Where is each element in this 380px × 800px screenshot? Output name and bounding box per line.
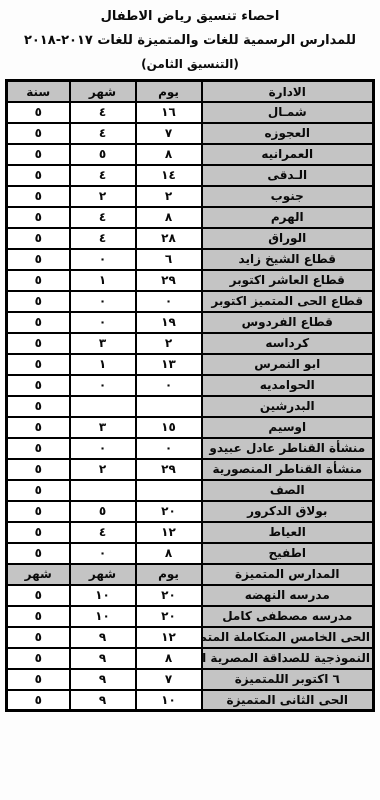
month-cell: ١٠ (70, 606, 136, 627)
admin-cell: مدرسه مصطفى كامل (202, 606, 374, 627)
day-cell: ١٢ (136, 522, 202, 543)
day-cell: ١٩ (136, 312, 202, 333)
admin-cell: الحى الثانى المتميزة (202, 690, 374, 711)
year-cell: ٥ (7, 648, 70, 669)
admin-cell: العياط (202, 522, 374, 543)
year-cell: ٥ (7, 270, 70, 291)
admin-cell: الهرم (202, 207, 374, 228)
table-row: الوراق٢٨٤٥ (7, 228, 374, 249)
month-cell: ١ (70, 354, 136, 375)
day-cell: ٠ (136, 438, 202, 459)
table-row: العجوزه٧٤٥ (7, 123, 374, 144)
admin-cell: الصف (202, 480, 374, 501)
month-cell: ٠ (70, 438, 136, 459)
year-cell: ٥ (7, 123, 70, 144)
day-cell: ٨ (136, 207, 202, 228)
day-cell: ١٢ (136, 627, 202, 648)
month-cell: ٩ (70, 648, 136, 669)
day-cell: ١٣ (136, 354, 202, 375)
table-row: الحى الثانى المتميزة١٠٩٥ (7, 690, 374, 711)
admin-cell: قطاع العاشر اكتوبر (202, 270, 374, 291)
day-cell (136, 396, 202, 417)
table-row: العمرانيه٨٥٥ (7, 144, 374, 165)
admin-cell: قطاع الفردوس (202, 312, 374, 333)
year-cell: ٥ (7, 606, 70, 627)
day-cell: ٠ (136, 375, 202, 396)
admin-cell: قطاع الحى المتميز اكتوبر (202, 291, 374, 312)
day-cell: ٠ (136, 291, 202, 312)
admin-cell: جنوب (202, 186, 374, 207)
table-row: اطفيح٨٠٥ (7, 543, 374, 564)
month-cell: ٠ (70, 249, 136, 270)
year-cell: ٥ (7, 354, 70, 375)
year-cell: ٥ (7, 417, 70, 438)
day-cell: ٢ (136, 186, 202, 207)
section-header-row: المدارس المتميزةيومشهرشهر (7, 564, 374, 585)
year-cell: ٥ (7, 543, 70, 564)
admin-cell: قطاع الشيخ زايد (202, 249, 374, 270)
year-cell: ٥ (7, 291, 70, 312)
header-month-cell: شهر (70, 81, 136, 102)
table-row: الصف٥ (7, 480, 374, 501)
year-cell: ٥ (7, 669, 70, 690)
year-cell: ٥ (7, 627, 70, 648)
table-row: الهرم٨٤٥ (7, 207, 374, 228)
day-cell: ٧ (136, 669, 202, 690)
day-cell: ٢٠ (136, 585, 202, 606)
admin-cell: منشأة القناطر المنصورية (202, 459, 374, 480)
header-admin-cell: المدارس المتميزة (202, 564, 374, 585)
table-row: ٦ اكتوبر اللمتميزة٧٩٥ (7, 669, 374, 690)
month-cell: ٤ (70, 228, 136, 249)
table-row: مدرسه النهضه٢٠١٠٥ (7, 585, 374, 606)
admin-cell: مدرسه النهضه (202, 585, 374, 606)
month-cell: ٣ (70, 417, 136, 438)
title-line-1: احصاء تنسيق رياض الاطفال (0, 5, 380, 29)
year-cell: ٥ (7, 186, 70, 207)
month-cell: ٢ (70, 186, 136, 207)
year-cell: ٥ (7, 585, 70, 606)
year-cell: ٥ (7, 249, 70, 270)
admin-cell: ٦ اكتوبر اللمتميزة (202, 669, 374, 690)
day-cell: ٧ (136, 123, 202, 144)
table-row: منشأة القناطر عادل عبيدو٠٠٥ (7, 438, 374, 459)
admin-cell: الوراق (202, 228, 374, 249)
year-cell: ٥ (7, 165, 70, 186)
year-cell: ٥ (7, 144, 70, 165)
day-cell: ١٠ (136, 690, 202, 711)
month-cell: ٠ (70, 312, 136, 333)
day-cell: ٢٠ (136, 501, 202, 522)
month-cell: ٥ (70, 144, 136, 165)
header-month-cell: شهر (70, 564, 136, 585)
section-header-row: الادارةيومشهرسنة (7, 81, 374, 102)
day-cell: ٢٨ (136, 228, 202, 249)
day-cell: ١٥ (136, 417, 202, 438)
year-cell: ٥ (7, 102, 70, 123)
month-cell: ١ (70, 270, 136, 291)
month-cell: ٤ (70, 123, 136, 144)
month-cell: ٩ (70, 669, 136, 690)
table-row: كرداسه٢٣٥ (7, 333, 374, 354)
month-cell: ١٠ (70, 585, 136, 606)
table-row: قطاع العاشر اكتوبر٢٩١٥ (7, 270, 374, 291)
admin-cell: البدرشين (202, 396, 374, 417)
document-page: احصاء تنسيق رياض الاطفال للمدارس الرسمية… (0, 0, 380, 800)
admin-cell: الـدقى (202, 165, 374, 186)
month-cell: ٤ (70, 522, 136, 543)
day-cell: ٢٩ (136, 459, 202, 480)
month-cell: ٤ (70, 102, 136, 123)
header-year-cell: شهر (7, 564, 70, 585)
day-cell: ٨ (136, 144, 202, 165)
month-cell (70, 396, 136, 417)
table-row: العياط١٢٤٥ (7, 522, 374, 543)
admin-cell: النموذجية للصداقة المصرية الصينية (202, 648, 374, 669)
year-cell: ٥ (7, 438, 70, 459)
header-year-cell: سنة (7, 81, 70, 102)
document-header: احصاء تنسيق رياض الاطفال للمدارس الرسمية… (0, 0, 380, 75)
title-line-2: للمدارس الرسمية للغات والمتميزة للغات ٢٠… (0, 29, 380, 53)
month-cell: ٣ (70, 333, 136, 354)
table-row: منشأة القناطر المنصورية٢٩٢٥ (7, 459, 374, 480)
table-row: بولاق الدكرور٢٠٥٥ (7, 501, 374, 522)
year-cell: ٥ (7, 459, 70, 480)
admin-cell: اوسيم (202, 417, 374, 438)
month-cell: ٠ (70, 291, 136, 312)
kindergarten-statistics-table: الادارةيومشهرسنةشمـال١٦٤٥العجوزه٧٤٥العمر… (5, 79, 375, 712)
day-cell: ٦ (136, 249, 202, 270)
table-row: مدرسه مصطفى كامل٢٠١٠٥ (7, 606, 374, 627)
month-cell: ٩ (70, 627, 136, 648)
day-cell: ١٤ (136, 165, 202, 186)
admin-cell: بولاق الدكرور (202, 501, 374, 522)
table-row: جنوب٢٢٥ (7, 186, 374, 207)
year-cell: ٥ (7, 207, 70, 228)
admin-cell: العمرانيه (202, 144, 374, 165)
day-cell: ٢ (136, 333, 202, 354)
month-cell: ٢ (70, 459, 136, 480)
month-cell (70, 480, 136, 501)
table-row: الحى الخامس المتكاملة المتميزة١٢٩٥ (7, 627, 374, 648)
table-row: ابو النمرس١٣١٥ (7, 354, 374, 375)
month-cell: ٠ (70, 543, 136, 564)
month-cell: ٤ (70, 207, 136, 228)
year-cell: ٥ (7, 333, 70, 354)
table-row: النموذجية للصداقة المصرية الصينية٨٩٥ (7, 648, 374, 669)
year-cell: ٥ (7, 375, 70, 396)
year-cell: ٥ (7, 480, 70, 501)
header-day-cell: يوم (136, 81, 202, 102)
admin-cell: شمـال (202, 102, 374, 123)
month-cell: ٩ (70, 690, 136, 711)
day-cell: ٨ (136, 543, 202, 564)
year-cell: ٥ (7, 501, 70, 522)
admin-cell: الحوامديه (202, 375, 374, 396)
table-row: شمـال١٦٤٥ (7, 102, 374, 123)
title-line-3: (التنسيق الثامن) (0, 53, 380, 75)
table-row: البدرشين٥ (7, 396, 374, 417)
admin-cell: منشأة القناطر عادل عبيدو (202, 438, 374, 459)
year-cell: ٥ (7, 690, 70, 711)
header-day-cell: يوم (136, 564, 202, 585)
table-row: قطاع الفردوس١٩٠٥ (7, 312, 374, 333)
month-cell: ٤ (70, 165, 136, 186)
month-cell: ٠ (70, 375, 136, 396)
admin-cell: الحى الخامس المتكاملة المتميزة (202, 627, 374, 648)
table-row: الـدقى١٤٤٥ (7, 165, 374, 186)
day-cell: ٨ (136, 648, 202, 669)
year-cell: ٥ (7, 522, 70, 543)
admin-cell: ابو النمرس (202, 354, 374, 375)
admin-cell: العجوزه (202, 123, 374, 144)
table-row: قطاع الحى المتميز اكتوبر٠٠٥ (7, 291, 374, 312)
header-admin-cell: الادارة (202, 81, 374, 102)
table-row: الحوامديه٠٠٥ (7, 375, 374, 396)
table-row: اوسيم١٥٣٥ (7, 417, 374, 438)
day-cell: ١٦ (136, 102, 202, 123)
day-cell: ٢٠ (136, 606, 202, 627)
year-cell: ٥ (7, 396, 70, 417)
table-row: قطاع الشيخ زايد٦٠٥ (7, 249, 374, 270)
day-cell: ٢٩ (136, 270, 202, 291)
month-cell: ٥ (70, 501, 136, 522)
day-cell (136, 480, 202, 501)
admin-cell: كرداسه (202, 333, 374, 354)
year-cell: ٥ (7, 228, 70, 249)
admin-cell: اطفيح (202, 543, 374, 564)
year-cell: ٥ (7, 312, 70, 333)
